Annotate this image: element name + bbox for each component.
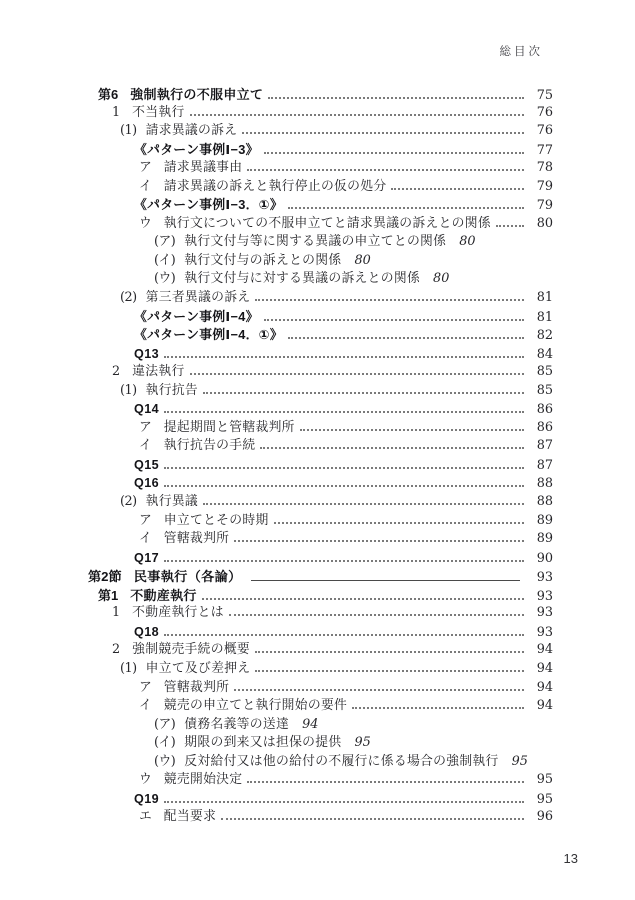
entry-title: 管轄裁判所: [164, 682, 229, 695]
entry-title: 強制執行の不服申立て: [130, 88, 263, 101]
entry-page: 90: [527, 553, 553, 566]
entry-title: Q19: [134, 793, 159, 806]
toc-entry: Q1587: [0, 459, 553, 478]
leader-dots: [300, 429, 524, 431]
entry-title: 請求異議の訴えと執行停止の仮の処分: [164, 181, 387, 194]
toc-entry: 1不動産執行とは93: [0, 607, 553, 626]
entry-page: 77: [527, 145, 553, 158]
entry-label: イ: [139, 700, 152, 713]
entry-page: 89: [527, 515, 553, 528]
leader-dots: [164, 411, 524, 413]
entry-title: 申立てとその時期: [164, 515, 269, 528]
toc-entry: 第6強制執行の不服申立て75: [0, 88, 553, 107]
entry-title: 競売の申立てと執行開始の要件: [164, 700, 347, 713]
entry-title: 管轄裁判所: [164, 533, 229, 546]
toc-entry: (1)申立て及び差押え94: [0, 663, 553, 682]
page-number-folio: 13: [564, 851, 578, 866]
toc-entry: 1不当執行76: [0, 107, 553, 126]
entry-title: Q13: [134, 348, 159, 361]
toc-entry: (2)第三者異議の訴え81: [0, 292, 553, 311]
leader-dots: [352, 707, 524, 709]
entry-page: 95: [527, 774, 553, 787]
entry-page: 93: [527, 607, 553, 620]
toc-entry: イ執行抗告の手続87: [0, 440, 553, 459]
leader-dots: [234, 540, 524, 542]
toc-list: 第6強制執行の不服申立て751不当執行76(1)請求異議の訴え76《パターン事例…: [0, 88, 635, 830]
toc-entry: (1)執行抗告85: [0, 385, 553, 404]
entry-title: Q17: [134, 552, 159, 565]
entry-page-inline: 95: [512, 756, 528, 769]
entry-title: 配当要求: [164, 811, 216, 824]
entry-page: 79: [527, 200, 553, 213]
entry-title: 執行文付与等に関する異議の申立てとの関係: [184, 236, 446, 249]
entry-title: 不動産執行: [130, 589, 197, 602]
leader-dots: [164, 467, 524, 469]
entry-page: 88: [527, 478, 553, 491]
leader-dots: [288, 337, 524, 339]
leader-dots: [391, 188, 524, 190]
entry-page: 94: [527, 682, 553, 695]
entry-label: (ア): [154, 719, 175, 732]
leader-dots: [164, 485, 524, 487]
entry-title: 民事執行（各論）: [134, 570, 242, 583]
entry-page: 88: [527, 496, 553, 509]
entry-label: 第1: [98, 589, 118, 602]
toc-entry: 2強制競売手続の概要94: [0, 644, 553, 663]
entry-page: 93: [527, 591, 553, 604]
entry-page: 85: [527, 366, 553, 379]
entry-page: 81: [527, 292, 553, 305]
toc-entry: 第2節民事執行（各論）93: [0, 570, 553, 589]
entry-label: 1: [112, 607, 120, 620]
entry-label: ウ: [139, 218, 152, 231]
leader-dots: [164, 801, 524, 803]
entry-label: ウ: [139, 774, 152, 787]
entry-title: 競売開始決定: [164, 774, 243, 787]
toc-entry: Q1384: [0, 348, 553, 367]
entry-title: Q15: [134, 459, 159, 472]
entry-page: 86: [527, 422, 553, 435]
entry-page: 81: [527, 312, 553, 325]
toc-entry: エ配当要求96: [0, 811, 553, 830]
entry-title: 不動産執行とは: [132, 607, 224, 620]
toc-entry: (イ)期限の到来又は担保の提供95: [0, 737, 553, 756]
entry-title: 《パターン事例Ⅰ−4》: [134, 311, 259, 324]
toc-entry: イ競売の申立てと執行開始の要件94: [0, 700, 553, 719]
entry-page-inline: 95: [354, 737, 370, 750]
leader-dots: [203, 392, 524, 394]
leader-dots: [260, 447, 524, 449]
entry-title: 《パターン事例Ⅰ−3》: [134, 144, 259, 157]
entry-title: 第三者異議の訴え: [146, 292, 251, 305]
toc-entry: Q1688: [0, 477, 553, 496]
entry-title: 《パターン事例Ⅰ−4．①》: [134, 329, 283, 342]
entry-label: ア: [139, 682, 152, 695]
entry-page: 82: [527, 330, 553, 343]
entry-label: 2: [112, 366, 120, 379]
leader-dots: [164, 356, 524, 358]
entry-title: 強制競売手続の概要: [132, 644, 250, 657]
entry-page: 80: [527, 218, 553, 231]
toc-entry: (ウ)反対給付又は他の給付の不履行に係る場合の強制執行95: [0, 756, 553, 775]
entry-title: 執行文付与に対する異議の訴えとの関係: [184, 273, 420, 286]
entry-title: 執行文についての不服申立てと請求異議の訴えとの関係: [164, 218, 491, 231]
entry-page: 76: [527, 107, 553, 120]
leader-dots: [164, 634, 524, 636]
entry-label: ア: [139, 162, 152, 175]
entry-title: 期限の到来又は担保の提供: [184, 737, 341, 750]
entry-page: 76: [527, 125, 553, 138]
toc-page: 総目次 第6強制執行の不服申立て751不当執行76(1)請求異議の訴え76《パタ…: [0, 0, 635, 900]
leader-rule: [251, 580, 520, 581]
toc-entry: 第1不動産執行93: [0, 589, 553, 608]
entry-label: (ウ): [154, 756, 175, 769]
entry-title: 申立て及び差押え: [146, 663, 251, 676]
entry-title: 反対給付又は他の給付の不履行に係る場合の強制執行: [184, 756, 498, 769]
leader-dots: [203, 503, 524, 505]
toc-entry: (1)請求異議の訴え76: [0, 125, 553, 144]
toc-entry: 《パターン事例Ⅰ−4．①》82: [0, 329, 553, 348]
entry-page: 78: [527, 162, 553, 175]
toc-entry: (ウ)執行文付与に対する異議の訴えとの関係80: [0, 273, 553, 292]
entry-title: 執行抗告の手続: [164, 440, 256, 453]
entry-page: 84: [527, 349, 553, 362]
entry-label: ア: [139, 515, 152, 528]
leader-dots: [255, 651, 524, 653]
entry-label: イ: [139, 533, 152, 546]
entry-title: 《パターン事例Ⅰ−3．①》: [134, 199, 283, 212]
leader-dots: [264, 319, 524, 321]
entry-title: 請求異議事由: [164, 162, 243, 175]
leader-dots: [496, 225, 524, 227]
entry-page: 93: [527, 627, 553, 640]
entry-label: 1: [112, 107, 120, 120]
entry-label: (ウ): [154, 273, 175, 286]
toc-entry: ア申立てとその時期89: [0, 515, 553, 534]
entry-page: 93: [527, 572, 553, 585]
toc-entry: 《パターン事例Ⅰ−3》77: [0, 144, 553, 163]
entry-page: 87: [527, 440, 553, 453]
entry-title: 執行抗告: [146, 385, 198, 398]
toc-entry: 2違法執行85: [0, 366, 553, 385]
leader-dots: [190, 114, 524, 116]
entry-label: エ: [139, 811, 152, 824]
entry-title: 執行異議: [146, 496, 198, 509]
entry-title: 違法執行: [132, 366, 184, 379]
entry-title: 債務名義等の送達: [184, 719, 289, 732]
leader-dots: [229, 614, 524, 616]
entry-label: 第2節: [88, 570, 122, 583]
entry-page-inline: 80: [354, 255, 370, 268]
entry-page-inline: 80: [433, 273, 449, 286]
entry-page: 94: [527, 663, 553, 676]
leader-dots: [274, 522, 524, 524]
entry-label: (ア): [154, 236, 175, 249]
toc-entry: Q1995: [0, 793, 553, 812]
entry-title: 提起期間と管轄裁判所: [164, 422, 295, 435]
leader-dots: [247, 169, 524, 171]
entry-page: 96: [527, 811, 553, 824]
entry-label: (1): [120, 385, 137, 398]
entry-title: 請求異議の訴え: [146, 125, 238, 138]
toc-entry: ア提起期間と管轄裁判所86: [0, 422, 553, 441]
leader-dots: [268, 97, 524, 99]
leader-dots: [190, 373, 524, 375]
entry-label: イ: [139, 440, 152, 453]
entry-label: イ: [139, 181, 152, 194]
leader-dots: [255, 299, 524, 301]
entry-label: (2): [120, 496, 137, 509]
leader-dots: [242, 132, 524, 134]
entry-page: 87: [527, 460, 553, 473]
running-head: 総目次: [500, 43, 544, 59]
entry-label: 2: [112, 644, 120, 657]
entry-label: (1): [120, 125, 137, 138]
entry-page-inline: 80: [459, 236, 475, 249]
entry-page: 89: [527, 533, 553, 546]
entry-page: 85: [527, 385, 553, 398]
leader-dots: [221, 818, 524, 820]
toc-entry: Q1790: [0, 552, 553, 571]
entry-label: 第6: [98, 88, 118, 101]
entry-title: 不当執行: [132, 107, 184, 120]
toc-entry: Q1893: [0, 626, 553, 645]
leader-dots: [288, 207, 524, 209]
leader-dots: [255, 670, 524, 672]
entry-page: 79: [527, 181, 553, 194]
toc-entry: イ管轄裁判所89: [0, 533, 553, 552]
entry-page: 86: [527, 404, 553, 417]
entry-page: 94: [527, 700, 553, 713]
entry-label: ア: [139, 422, 152, 435]
entry-page-inline: 94: [302, 719, 318, 732]
leader-dots: [247, 781, 524, 783]
entry-label: (2): [120, 292, 137, 305]
entry-page: 95: [527, 794, 553, 807]
entry-title: Q18: [134, 626, 159, 639]
leader-dots: [264, 152, 524, 154]
entry-label: (イ): [154, 255, 175, 268]
toc-entry: ア請求異議事由78: [0, 162, 553, 181]
leader-dots: [164, 560, 524, 562]
leader-dots: [234, 689, 524, 691]
entry-label: (1): [120, 663, 137, 676]
toc-entry: (2)執行異議88: [0, 496, 553, 515]
entry-title: Q14: [134, 403, 159, 416]
entry-page: 94: [527, 644, 553, 657]
leader-dots: [202, 598, 524, 600]
entry-page: 75: [527, 90, 553, 103]
entry-title: Q16: [134, 477, 159, 490]
entry-label: (イ): [154, 737, 175, 750]
entry-title: 執行文付与の訴えとの関係: [184, 255, 341, 268]
toc-entry: ウ競売開始決定95: [0, 774, 553, 793]
